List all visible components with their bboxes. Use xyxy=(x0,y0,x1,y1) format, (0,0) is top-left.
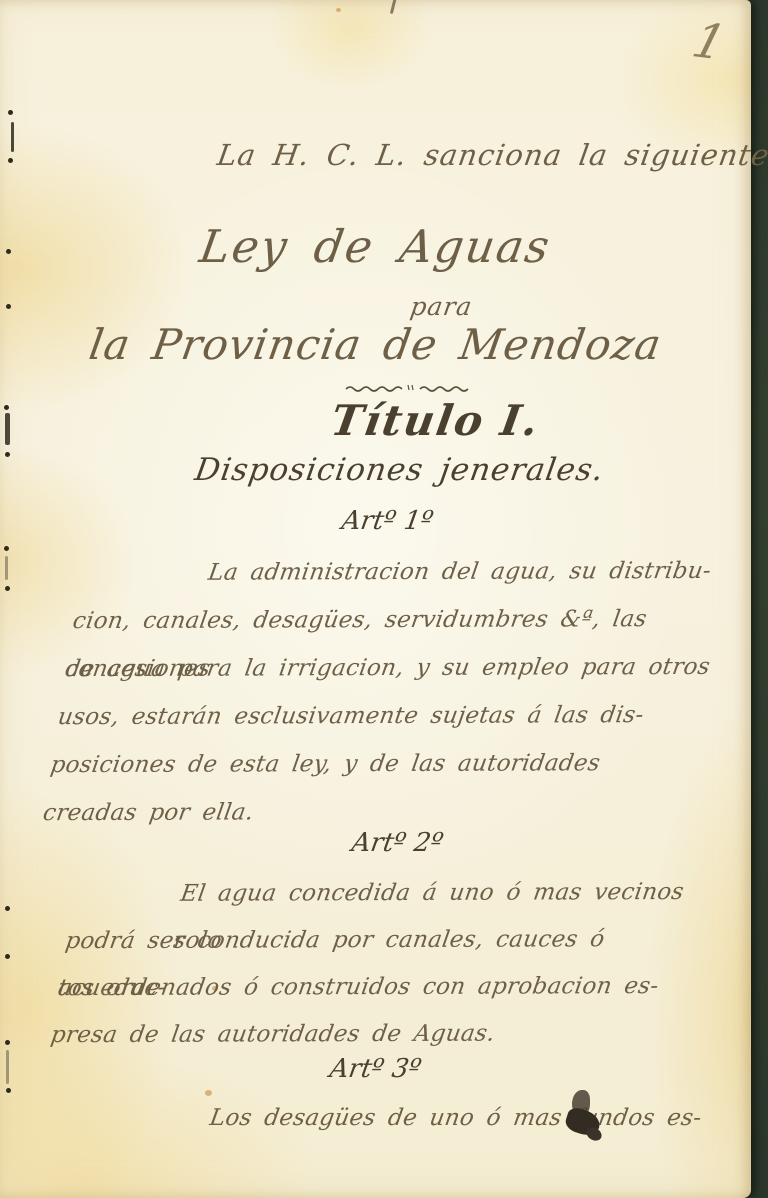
law-title: Ley de Aguas xyxy=(0,220,755,273)
binding-stitch-dot xyxy=(8,110,13,115)
binding-stitch-dot xyxy=(4,546,9,551)
binding-stitch-dot xyxy=(5,954,10,959)
manuscript-page: 1 La H. C. L. sanciona la siguiente Ley … xyxy=(0,0,751,1198)
article-1-label: Artº 1º xyxy=(0,504,766,538)
law-title-para: para xyxy=(0,292,768,321)
article-3-body: Los desagües de uno ó mas fundos es- xyxy=(58,1094,721,1142)
page-number: 1 xyxy=(687,13,732,71)
binding-stitch-dot xyxy=(5,1040,10,1045)
article-1-line-4: usos, estarán esclusivamente sujetas á l… xyxy=(54,691,717,741)
article-2-line-2: podrá ser conducida por canales, cauces … xyxy=(62,916,725,965)
binding-stitch-dot xyxy=(5,586,10,591)
binding-stitch-dot xyxy=(5,906,10,911)
article-3-line-1: Los desagües de uno ó mas fundos es- xyxy=(58,1094,721,1142)
stray-ink-mark xyxy=(390,0,397,14)
article-1-line-3: de agua para la irrigacion, y su empleo … xyxy=(62,643,725,693)
article-2-label: Artº 2º xyxy=(0,826,768,860)
binding-stitch-thread xyxy=(5,556,8,580)
foxing-speck xyxy=(336,8,341,12)
article-3-label: Artº 3º xyxy=(0,1052,768,1086)
disposiciones-heading: Disposiciones jenerales. xyxy=(0,452,768,488)
article-2-body: El agua concedida á uno ó mas vecinos so… xyxy=(47,869,731,1059)
article-2-line-3: tos ordenados ó construidos con aprobaci… xyxy=(55,963,718,1012)
article-1-line-1: La administracion del agua, su distribu- xyxy=(77,547,740,597)
binding-stitch-dot xyxy=(6,1088,11,1093)
sanction-heading: La H. C. L. sanciona la siguiente xyxy=(0,138,768,172)
divider-flourish xyxy=(344,382,476,394)
article-1-line-5: posiciones de esta ley, y de las autorid… xyxy=(47,739,710,789)
article-1-line-2: cion, canales, desagües, servidumbres &ª… xyxy=(69,595,732,645)
titulo-heading: Título I. xyxy=(0,396,768,445)
article-1-body: La administracion del agua, su distribu-… xyxy=(40,547,740,837)
law-title-province: la Provincia de Mendoza xyxy=(0,320,755,369)
article-2-line-1: El agua concedida á uno ó mas vecinos so… xyxy=(69,869,732,918)
